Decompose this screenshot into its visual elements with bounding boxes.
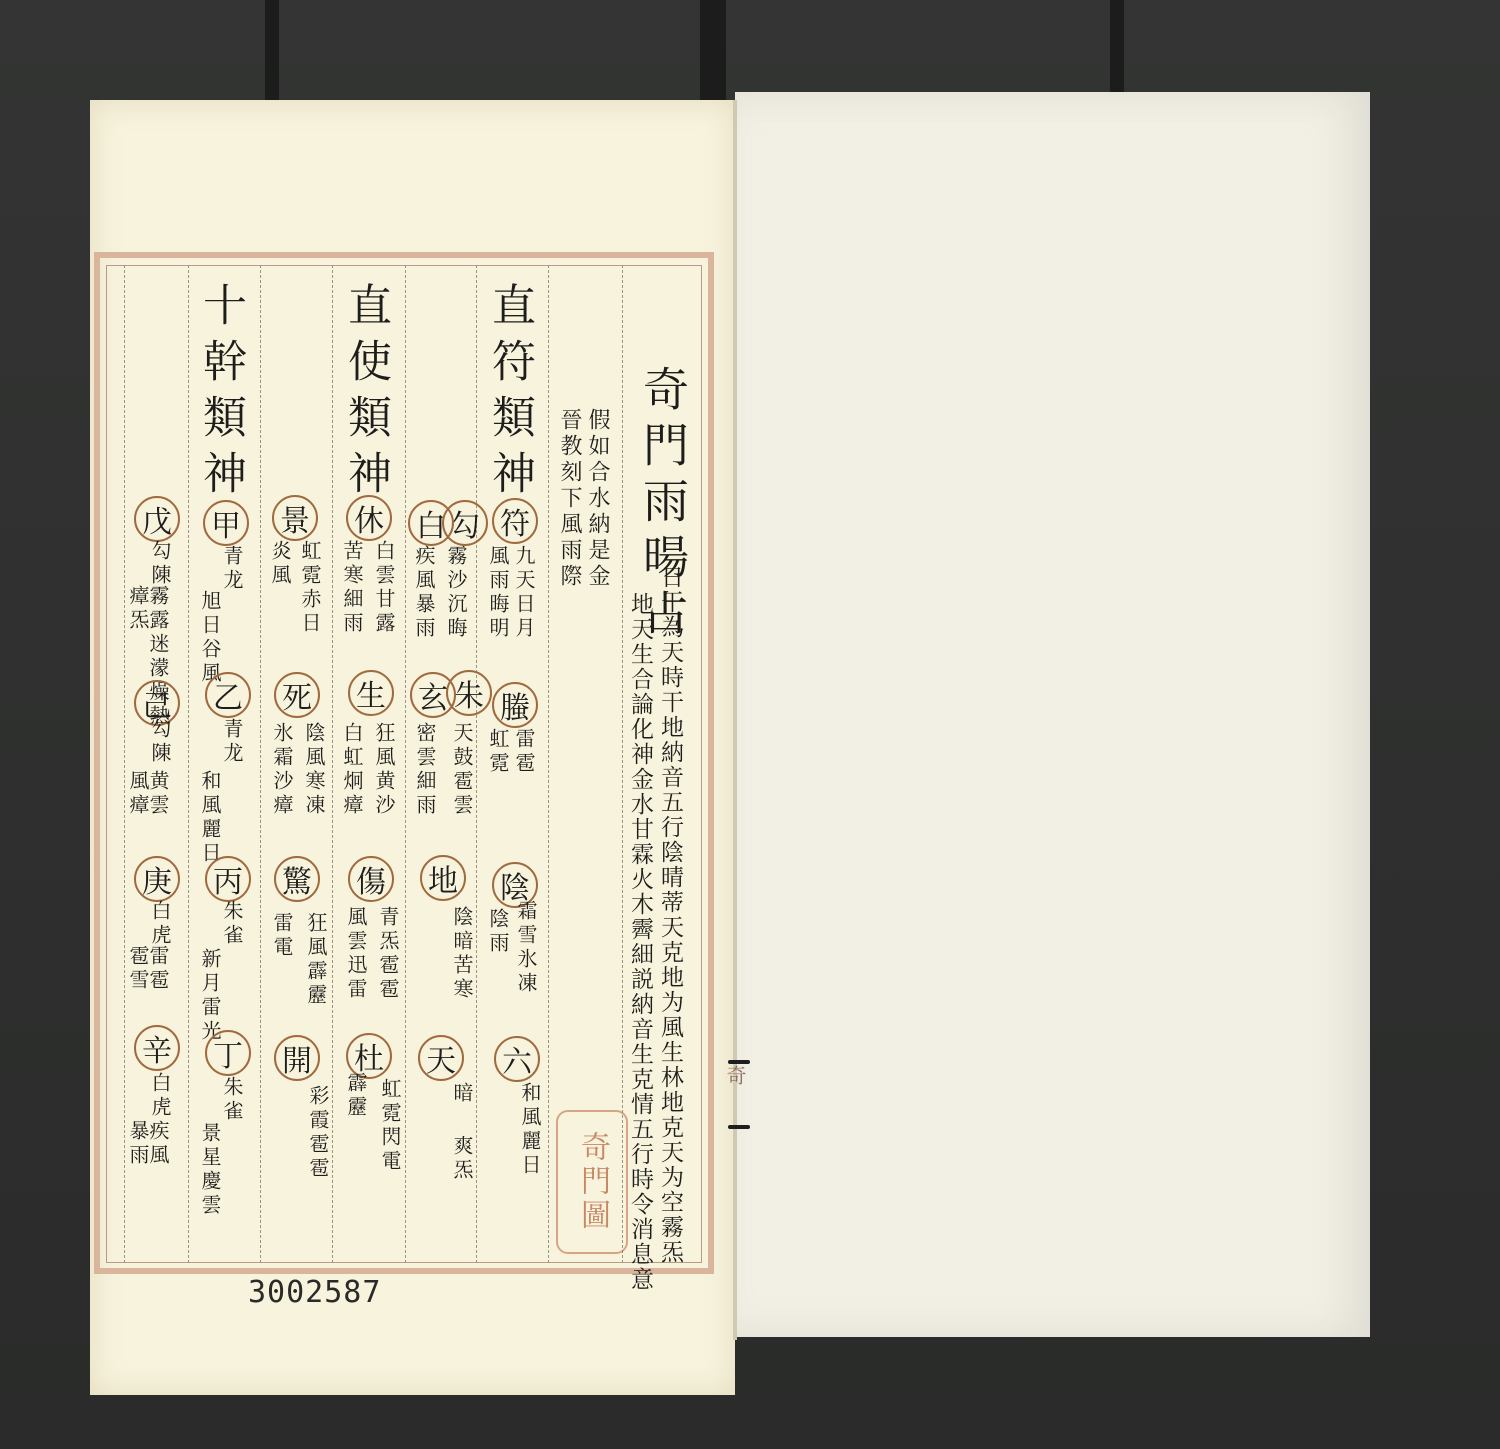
badge-circle: 庚 <box>134 856 180 902</box>
entry-shang: 傷 <box>348 856 394 902</box>
badge-circle: 螣 <box>492 682 538 728</box>
badge-circle: 休 <box>346 495 392 541</box>
badge-circle: 天 <box>418 1035 464 1081</box>
entry-text: 朱雀 <box>222 1076 242 1124</box>
entry-sheng: 生 <box>348 670 394 716</box>
entry-text: 風雲迅雷 <box>346 906 366 1002</box>
entry-text: 雷雹雹雪 <box>128 945 168 1005</box>
section-heading-zhifu: 直符類神 <box>487 282 531 506</box>
entry-text: 暗 <box>452 1082 472 1106</box>
column-rule <box>476 265 477 1263</box>
note-line-2: 晉教刻下風雨際 <box>558 408 580 590</box>
entry-text: 炎風 <box>270 540 290 588</box>
column-rule <box>548 265 549 1263</box>
red-seal-stamp: 奇門圖 <box>556 1110 628 1254</box>
entry-xuan: 玄 <box>410 672 456 718</box>
entry-text: 氷霜沙瘴 <box>272 722 292 818</box>
entry-text: 狂風霹靂 <box>306 912 326 1008</box>
entry-jing-scene: 景 <box>272 495 318 541</box>
entry-text: 白虎 <box>150 900 170 948</box>
entry-text: 陰雨 <box>488 908 508 956</box>
section-heading-zhishi: 直使類神 <box>343 282 387 506</box>
badge-circle: 乙 <box>205 672 251 718</box>
entry-liu: 六 <box>494 1036 540 1082</box>
entry-text: 密雲細雨 <box>415 722 435 818</box>
entry-text: 霹靂 <box>346 1072 366 1120</box>
entry-fu: 符 <box>492 498 538 544</box>
entry-xin: 辛 <box>134 1025 180 1071</box>
entry-ding: 丁 <box>205 1030 251 1076</box>
badge-circle: 戊 <box>134 496 180 542</box>
column-rule <box>405 265 406 1263</box>
entry-geng: 庚 <box>134 856 180 902</box>
book-gutter <box>733 100 737 1340</box>
badge-circle: 死 <box>274 672 320 718</box>
entry-text: 風雨晦明 <box>488 545 508 641</box>
column-rule <box>332 265 333 1263</box>
entry-text: 雷雹 <box>514 728 534 776</box>
entry-text: 疾風暴雨 <box>414 545 434 641</box>
entry-xiu: 休 <box>346 495 392 541</box>
badge-circle: 生 <box>348 670 394 716</box>
badge-circle: 丙 <box>205 856 251 902</box>
entry-text: 虹霓閃電 <box>380 1078 400 1174</box>
entry-text: 天鼓雹雲 <box>452 722 472 818</box>
entry-text: 黄雲風瘴 <box>128 770 168 830</box>
badge-circle: 玄 <box>410 672 456 718</box>
entry-text: 苦寒細雨 <box>342 540 362 636</box>
entry-tian: 天 <box>418 1035 464 1081</box>
badge-circle: 白 <box>408 500 454 546</box>
entry-text: 疾風暴雨 <box>128 1120 168 1180</box>
badge-circle: 驚 <box>274 856 320 902</box>
badge-circle: 甲 <box>203 500 249 546</box>
entry-text: 虹霓赤日 <box>300 540 320 636</box>
entry-bing: 丙 <box>205 856 251 902</box>
entry-text: 青龙 <box>222 718 242 766</box>
entry-text: 白雲甘露 <box>374 540 394 636</box>
entry-text: 白虹炯瘴 <box>342 722 362 818</box>
entry-text: 九天日月 <box>514 545 534 641</box>
entry-bai: 白 <box>408 500 454 546</box>
badge-circle: 景 <box>272 495 318 541</box>
entry-jia: 甲 <box>203 500 249 546</box>
entry-yi: 乙 <box>205 672 251 718</box>
entry-text: 勾陳 <box>150 540 170 588</box>
entry-text: 爽炁 <box>452 1135 472 1183</box>
badge-circle: 符 <box>492 498 538 544</box>
entry-text: 雷電 <box>272 912 292 960</box>
column-rule <box>124 265 125 1263</box>
entry-text: 霧沙沉晦 <box>446 545 466 641</box>
entry-text: 青龙 <box>222 545 242 593</box>
column-rule <box>188 265 189 1263</box>
entry-wu: 戊 <box>134 496 180 542</box>
section-heading-shigan: 十幹類神 <box>198 282 242 506</box>
entry-text: 白虎 <box>150 1072 170 1120</box>
entry-text: 青炁雹雹 <box>378 906 398 1002</box>
badge-circle: 六 <box>494 1036 540 1082</box>
entry-jing-alarm: 驚 <box>274 856 320 902</box>
entry-text: 陰風寒凍 <box>304 722 324 818</box>
entry-text: 虹霓 <box>488 728 508 776</box>
entry-di: 地 <box>420 855 466 901</box>
column-rule <box>260 265 261 1263</box>
entry-text: 陰暗苦寒 <box>452 906 472 1002</box>
spine-mark-bottom <box>728 1125 750 1129</box>
catalog-number: 3002587 <box>248 1275 381 1310</box>
entry-text: 和風麗日 <box>520 1082 540 1178</box>
entry-text: 朱雀 <box>222 900 242 948</box>
spine-tab-label: 奇 <box>728 1065 750 1125</box>
entry-text: 彩霞雹雹 <box>308 1085 328 1181</box>
spine-mark-top <box>728 1060 750 1064</box>
entry-text: 景星慶雲 <box>200 1122 220 1218</box>
entry-kai: 開 <box>274 1035 320 1081</box>
note-line-1: 假如合水納是金 <box>586 408 608 590</box>
badge-circle: 傷 <box>348 856 394 902</box>
entry-si: 死 <box>274 672 320 718</box>
entry-text: 和風麗日 <box>200 770 220 866</box>
badge-circle: 開 <box>274 1035 320 1081</box>
entry-teng: 螣 <box>492 682 538 728</box>
badge-circle: 地 <box>420 855 466 901</box>
badge-circle: 丁 <box>205 1030 251 1076</box>
badge-circle: 辛 <box>134 1025 180 1071</box>
entry-text: 勾陳 <box>150 718 170 766</box>
right-page-blank <box>735 92 1370 1337</box>
intro-line-2: 地天生合論化神金水甘霖火木霽細説納音生克情五行時令消息意 <box>628 592 651 1292</box>
entry-text: 霜雪氷凍 <box>516 900 536 996</box>
entry-text: 狂風黄沙 <box>374 722 394 818</box>
intro-line-1: 日干為天時干地納音五行陰晴蒂天克地为風生林地克天为空霧炁 <box>658 565 681 1265</box>
